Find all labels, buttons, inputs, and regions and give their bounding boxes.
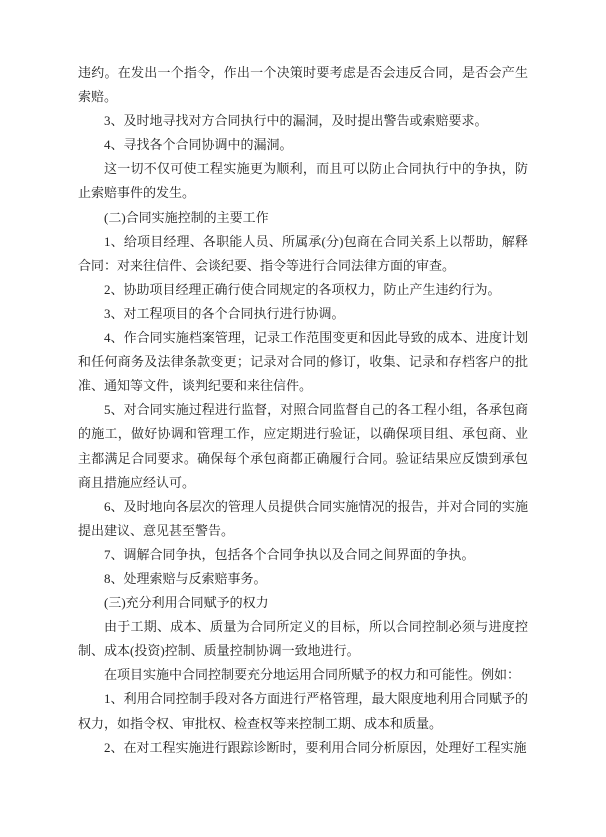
document-page: 违约。在发出一个指令，作出一个决策时要考虑是否会违反合同，是否会产生索赔。 3、… bbox=[0, 0, 606, 837]
list-item-3: 3、及时地寻找对方合同执行中的漏洞，及时提出警告或索赔要求。 bbox=[78, 109, 528, 133]
list-item-4: 4、作合同实施档案管理，记录工作范围变更和因此导致的成本、进度计划和任何商务及法… bbox=[78, 326, 528, 398]
list-item-1: 1、利用合同控制手段对各方面进行严格管理，最大限度地利用合同赋予的权力，如指令权… bbox=[78, 687, 528, 735]
body-paragraph: 由于工期、成本、质量为合同所定义的目标，所以合同控制必须与进度控制、成本(投资)… bbox=[78, 615, 528, 663]
body-paragraph: 在项目实施中合同控制要充分地运用合同所赋予的权力和可能性。例如： bbox=[78, 663, 528, 687]
list-item-1: 1、给项目经理、各职能人员、所属承(分)包商在合同关系上以帮助，解释合同：对来往… bbox=[78, 230, 528, 278]
section-heading-2: (二)合同实施控制的主要工作 bbox=[78, 206, 528, 230]
list-item-3: 3、对工程项目的各个合同执行进行协调。 bbox=[78, 302, 528, 326]
document-text-block: 违约。在发出一个指令，作出一个决策时要考虑是否会违反合同，是否会产生索赔。 3、… bbox=[78, 61, 528, 760]
list-item-7: 7、调解合同争执，包括各个合同争执以及合同之间界面的争执。 bbox=[78, 543, 528, 567]
list-item-6: 6、及时地向各层次的管理人员提供合同实施情况的报告，并对合同的实施提出建议、意见… bbox=[78, 495, 528, 543]
list-item-8: 8、处理索赔与反索赔事务。 bbox=[78, 567, 528, 591]
list-item-2: 2、在对工程实施进行跟踪诊断时，要利用合同分析原因，处理好工程实施 bbox=[78, 736, 528, 760]
body-paragraph: 这一切不仅可使工程实施更为顺利，而且可以防止合同执行中的争执，防止索赔事件的发生… bbox=[78, 157, 528, 205]
section-heading-3: (三)充分利用合同赋予的权力 bbox=[78, 591, 528, 615]
list-item-5: 5、对合同实施过程进行监督，对照合同监督自己的各工程小组，各承包商的施工，做好协… bbox=[78, 398, 528, 494]
paragraph-continuation: 违约。在发出一个指令，作出一个决策时要考虑是否会违反合同，是否会产生索赔。 bbox=[78, 61, 528, 109]
list-item-4: 4、寻找各个合同协调中的漏洞。 bbox=[78, 133, 528, 157]
list-item-2: 2、协助项目经理正确行使合同规定的各项权力，防止产生违约行为。 bbox=[78, 278, 528, 302]
